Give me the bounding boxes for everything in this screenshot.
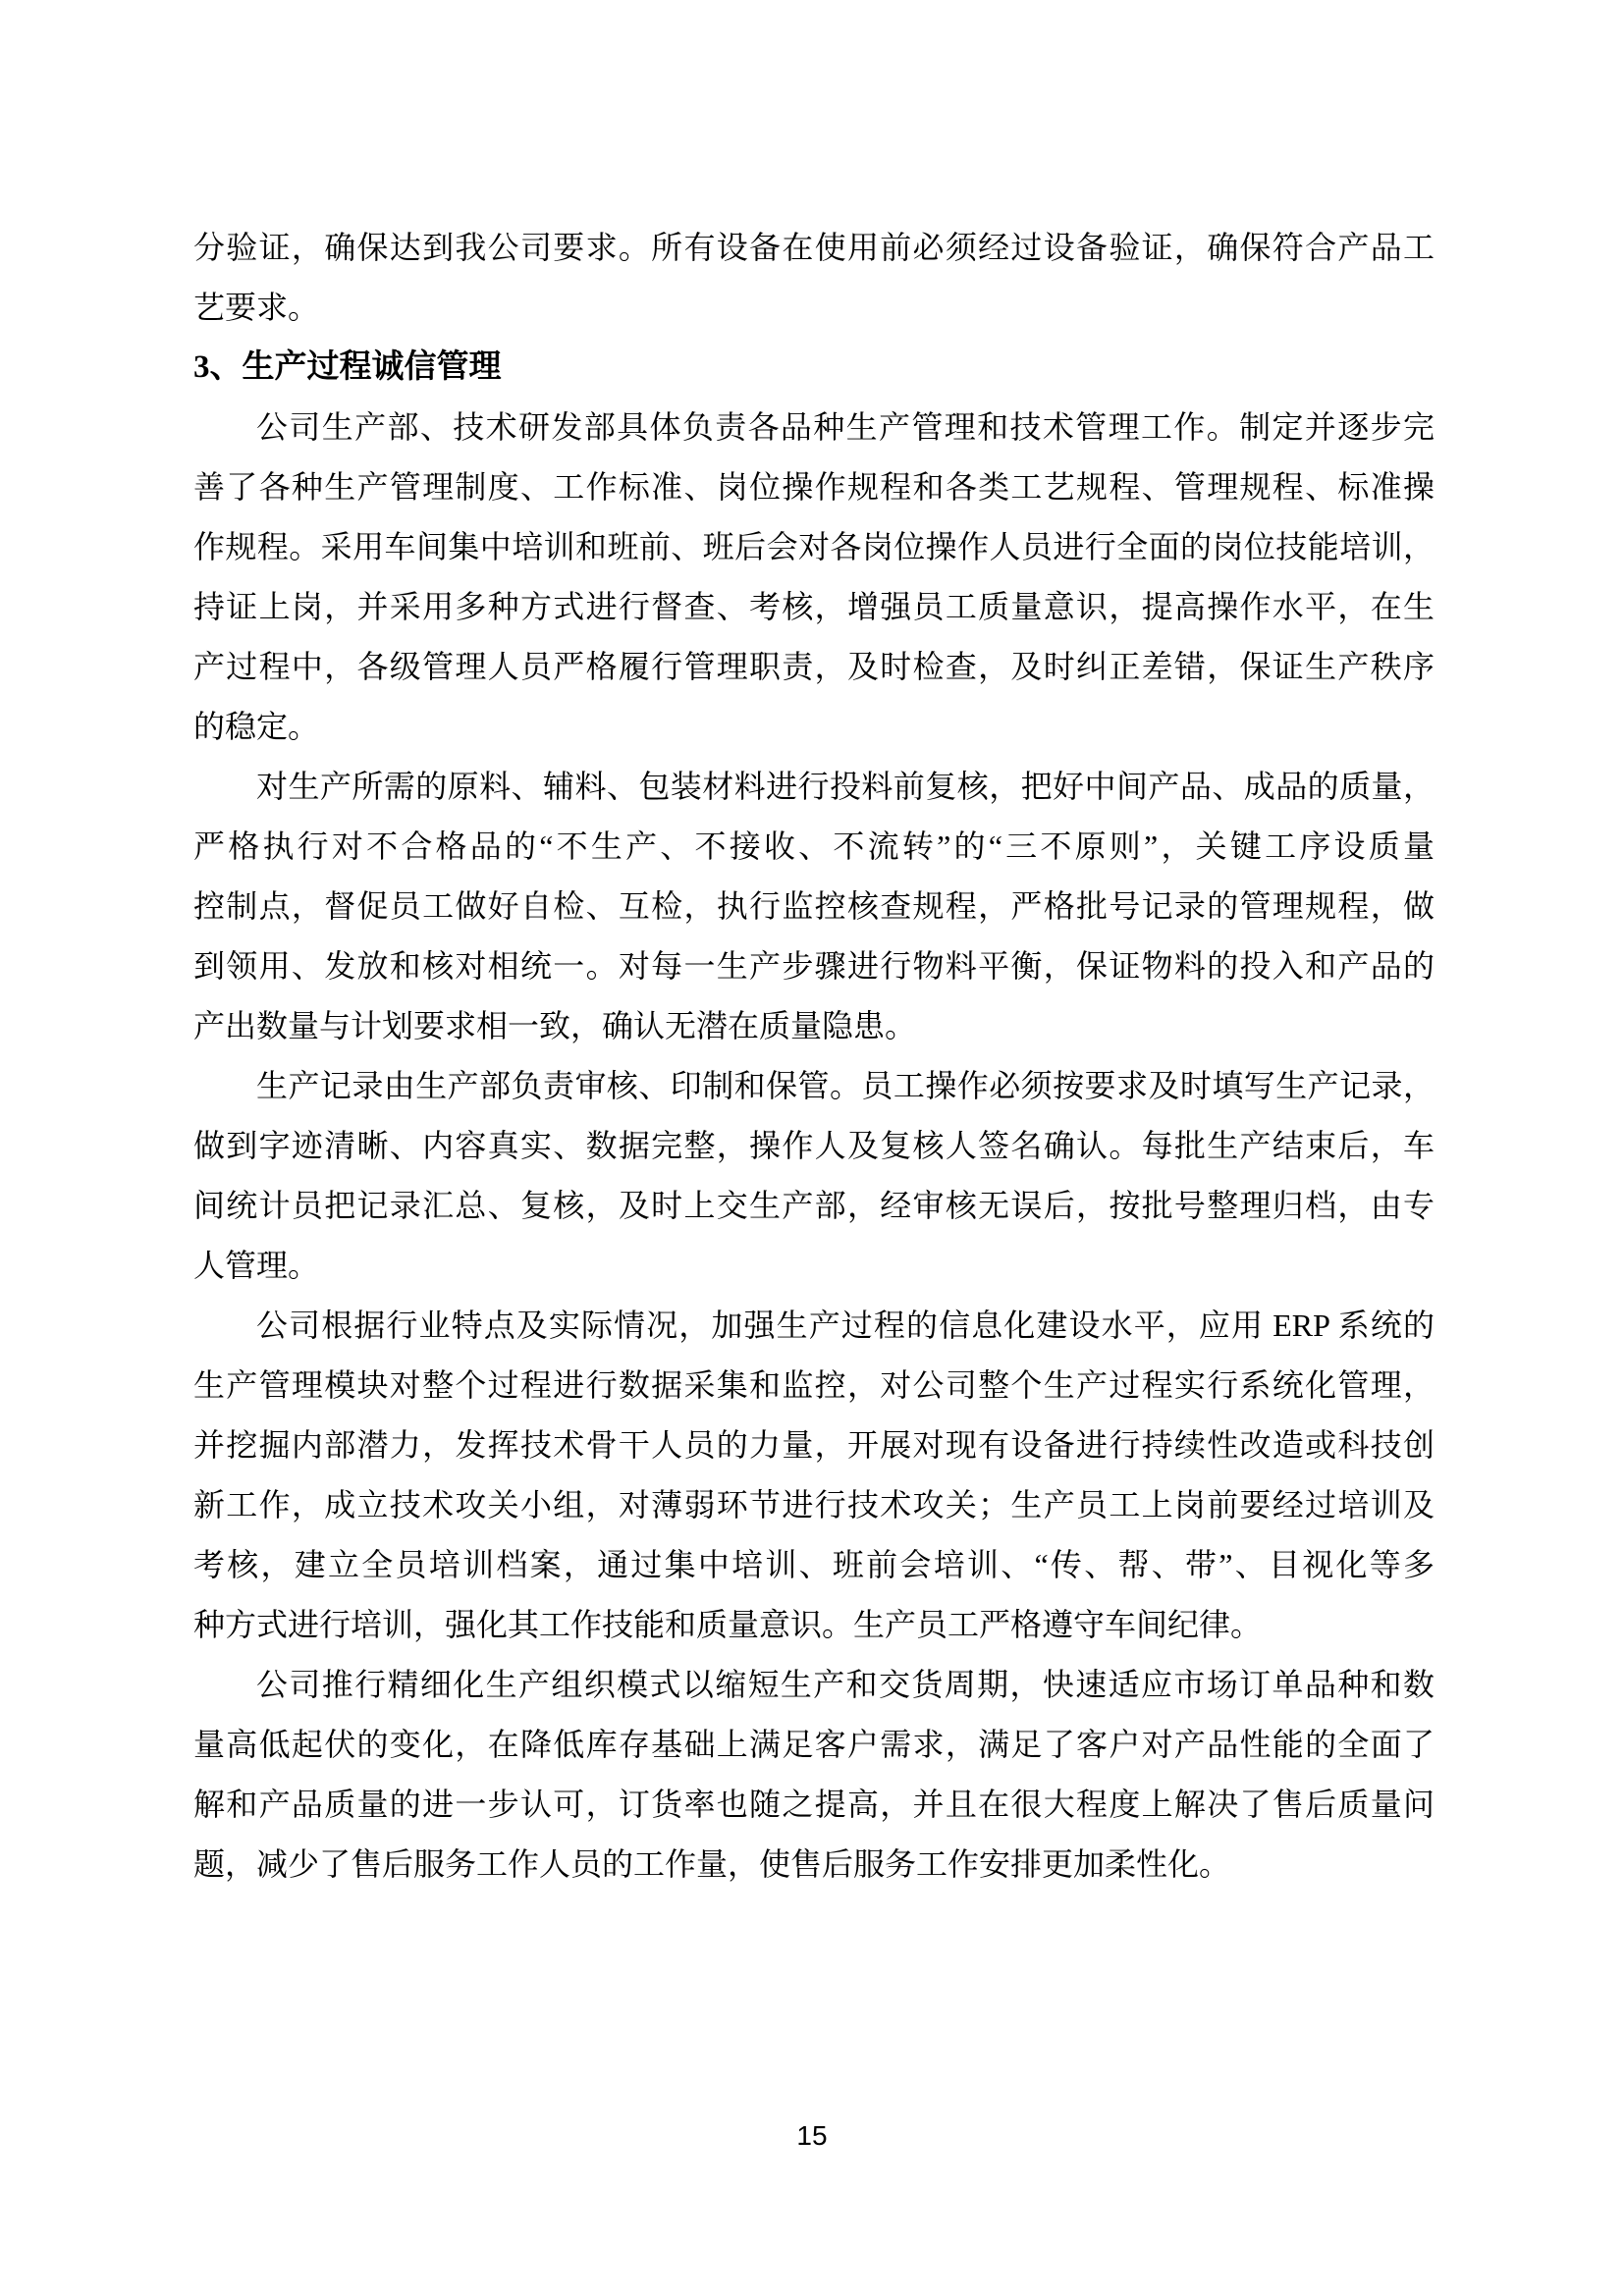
page-number: 15 <box>796 2120 827 2151</box>
body-text-line: 的稳定。 <box>193 697 1435 757</box>
body-text-line: 公司根据行业特点及实际情况，加强生产过程的信息化建设水平，应用 ERP 系统的 <box>193 1296 1435 1356</box>
body-text-line: 公司推行精细化生产组织模式以缩短生产和交货周期，快速适应市场订单品种和数 <box>193 1655 1435 1715</box>
body-text-line: 间统计员把记录汇总、复核，及时上交生产部，经审核无误后，按批号整理归档，由专 <box>193 1176 1435 1236</box>
body-text-line: 新工作，成立技术攻关小组，对薄弱环节进行技术攻关；生产员工上岗前要经过培训及 <box>193 1475 1435 1535</box>
body-text-line: 严格执行对不合格品的“不生产、不接收、不流转”的“三不原则”，关键工序设质量 <box>193 817 1435 877</box>
body-text-line: 人管理。 <box>193 1236 1435 1296</box>
body-text-line: 公司生产部、技术研发部具体负责各品种生产管理和技术管理工作。制定并逐步完 <box>193 398 1435 457</box>
document-page: 分验证，确保达到我公司要求。所有设备在使用前必须经过设备验证，确保符合产品工 艺… <box>0 0 1624 2296</box>
body-text-line: 作规程。采用车间集中培训和班前、班后会对各岗位操作人员进行全面的岗位技能培训， <box>193 517 1435 577</box>
body-text-line: 善了各种生产管理制度、工作标准、岗位操作规程和各类工艺规程、管理规程、标准操 <box>193 457 1435 517</box>
page-footer: 15 <box>0 2120 1624 2152</box>
section-heading: 3、生产过程诚信管理 <box>193 338 1435 398</box>
body-text-line: 对生产所需的原料、辅料、包装材料进行投料前复核，把好中间产品、成品的质量， <box>193 757 1435 817</box>
body-text-line: 产出数量与计划要求相一致，确认无潜在质量隐患。 <box>193 996 1435 1056</box>
body-text-line: 艺要求。 <box>193 278 1435 338</box>
document-body: 分验证，确保达到我公司要求。所有设备在使用前必须经过设备验证，确保符合产品工 艺… <box>193 218 1435 1895</box>
body-text-line: 到领用、发放和核对相统一。对每一生产步骤进行物料平衡，保证物料的投入和产品的 <box>193 936 1435 996</box>
body-text-line: 量高低起伏的变化，在降低库存基础上满足客户需求，满足了客户对产品性能的全面了 <box>193 1715 1435 1775</box>
body-text-line: 题，减少了售后服务工作人员的工作量，使售后服务工作安排更加柔性化。 <box>193 1835 1435 1895</box>
body-text-line: 持证上岗，并采用多种方式进行督查、考核，增强员工质量意识，提高操作水平，在生 <box>193 577 1435 637</box>
body-text-line: 生产记录由生产部负责审核、印制和保管。员工操作必须按要求及时填写生产记录， <box>193 1056 1435 1116</box>
body-text-line: 分验证，确保达到我公司要求。所有设备在使用前必须经过设备验证，确保符合产品工 <box>193 218 1435 278</box>
body-text-line: 考核，建立全员培训档案，通过集中培训、班前会培训、“传、帮、带”、目视化等多 <box>193 1535 1435 1595</box>
body-text-line: 种方式进行培训，强化其工作技能和质量意识。生产员工严格遵守车间纪律。 <box>193 1595 1435 1655</box>
body-text-line: 控制点，督促员工做好自检、互检，执行监控核查规程，严格批号记录的管理规程，做 <box>193 877 1435 936</box>
body-text-line: 并挖掘内部潜力，发挥技术骨干人员的力量，开展对现有设备进行持续性改造或科技创 <box>193 1415 1435 1475</box>
body-text-line: 生产管理模块对整个过程进行数据采集和监控，对公司整个生产过程实行系统化管理， <box>193 1356 1435 1415</box>
body-text-line: 产过程中，各级管理人员严格履行管理职责，及时检查，及时纠正差错，保证生产秩序 <box>193 637 1435 697</box>
body-text-line: 做到字迹清晰、内容真实、数据完整，操作人及复核人签名确认。每批生产结束后，车 <box>193 1116 1435 1176</box>
body-text-line: 解和产品质量的进一步认可，订货率也随之提高，并且在很大程度上解决了售后质量问 <box>193 1775 1435 1835</box>
